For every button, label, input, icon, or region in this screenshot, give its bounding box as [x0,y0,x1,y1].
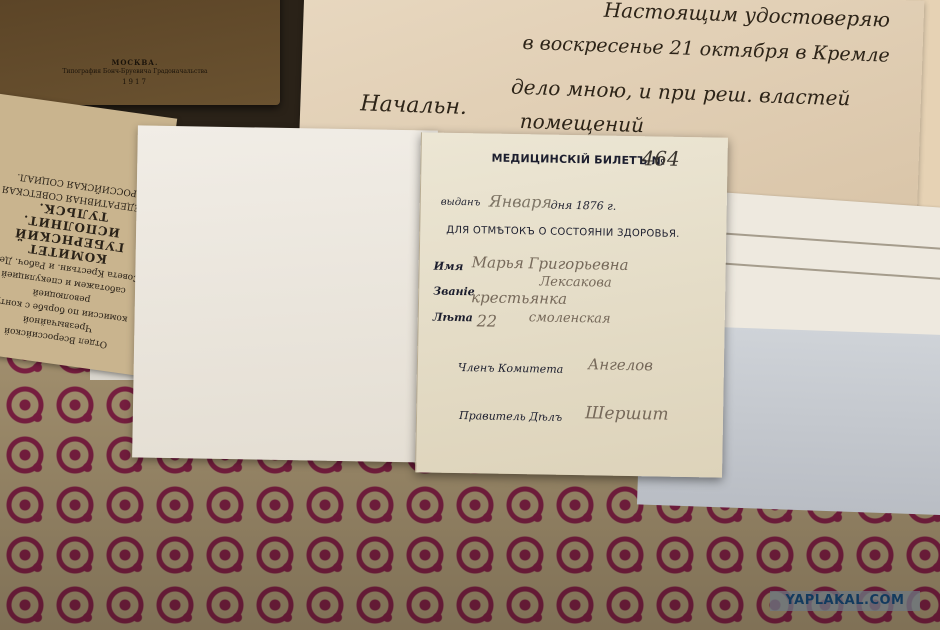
committee-member-signature: Ангелов [588,355,653,374]
rank-label: Званіе [433,285,475,299]
letter-line: в воскресенье 21 октября в Кремле [522,32,890,67]
age-label: Лѣта [433,311,473,325]
white-paper-stack [695,191,940,349]
letter-line: помещений [519,109,644,137]
committee-member-label: Членъ Комитета [458,361,564,376]
issued-month: Января [489,192,552,212]
ticket-purpose: ДЛЯ ОТМѢТОКЪ О СОСТОЯНІИ ЗДОРОВЬЯ. [446,225,680,240]
name-label: Имя [434,260,464,274]
paper-edge-line [700,261,940,281]
letter-side-note: Начальн. [360,91,467,120]
issued-date: дня 1876 г. [551,199,617,213]
issued-label: выданъ [441,197,481,209]
booklet-city: МОСКВА. [0,58,280,67]
brown-booklet: МОСКВА. Типография Бонч-Бруевича Градона… [0,0,280,105]
site-watermark: YAPLAKAL.COM [770,591,920,611]
medical-ticket: МЕДИЦИНСКІЙ БИЛЕТЪ № 464 выданъ Января д… [415,132,728,477]
rank-value: крестьянка [471,288,567,308]
booklet-printer: Типография Бонч-Бруевича Градоначальства [0,68,280,75]
age-value: 22 [477,311,498,330]
letter-line: Настоящим удостоверяю [603,0,890,32]
ticket-blank-page [132,125,438,462]
name-value: Марья Григорьевна [472,253,629,274]
day-label: дня [551,199,573,212]
photo-scene: Настоящим удостоверяю в воскресенье 21 о… [0,0,940,630]
surname-value: Лексакова [539,274,612,290]
rank-value-2: смоленская [529,310,611,326]
letter-line: дело мною, и при реш. властей [511,75,851,111]
booklet-year: 1917 [0,78,280,86]
ticket-title: МЕДИЦИНСКІЙ БИЛЕТЪ № [491,152,665,168]
ticket-number: 464 [641,146,680,171]
office-manager-label: Правитель Дѣлъ [459,409,562,424]
office-manager-signature: Шершит [585,403,669,424]
issued-year: 1876 г. [576,199,617,213]
paper-edge-line [702,231,940,251]
